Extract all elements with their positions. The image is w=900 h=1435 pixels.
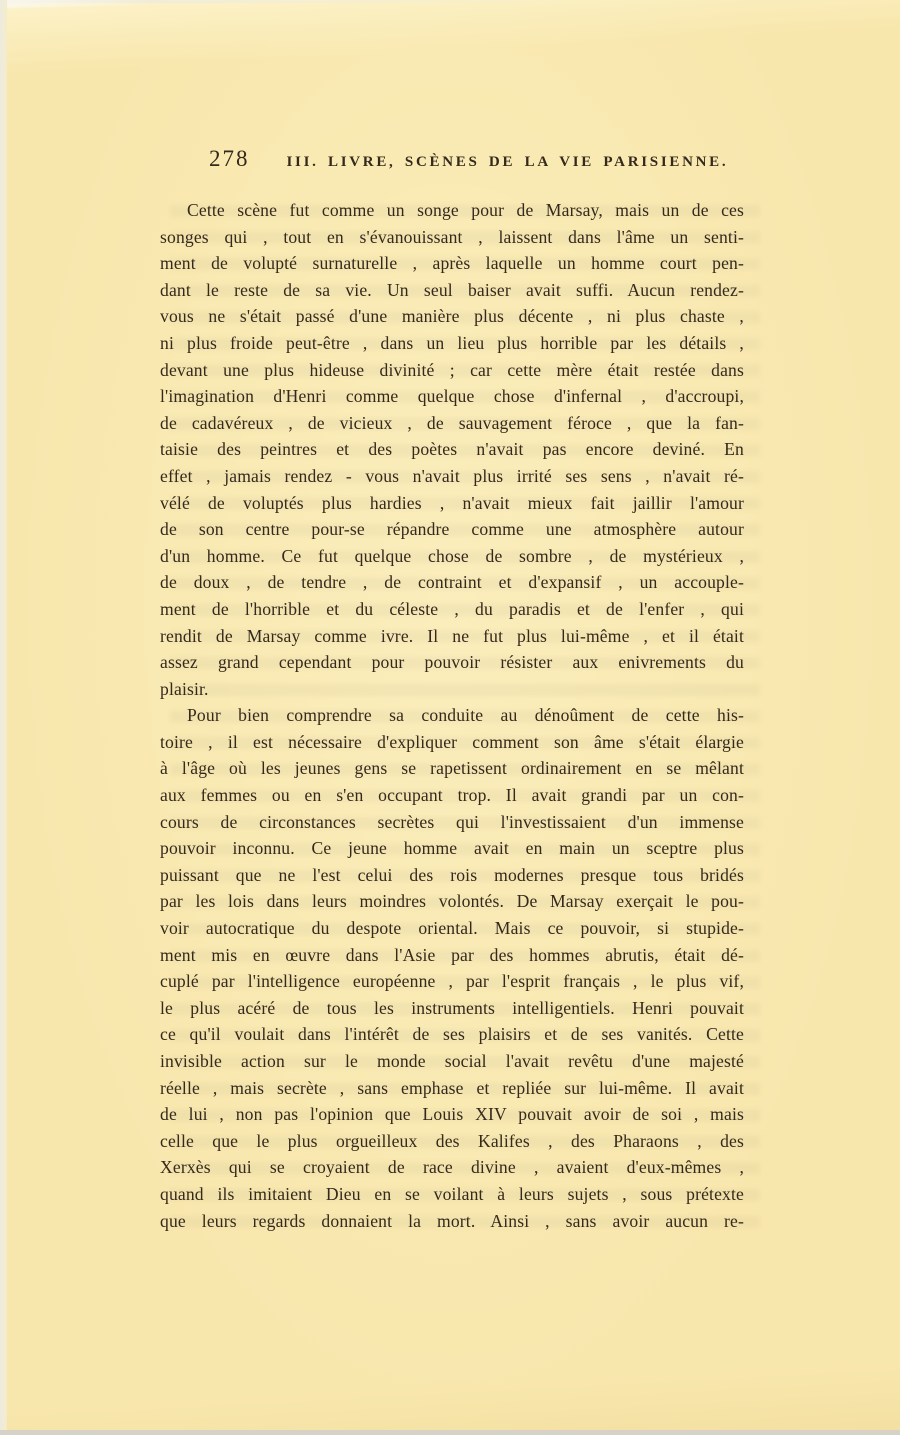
text-line: cours de circonstances secrètes qui l'in… — [160, 809, 744, 836]
text-line: assez grand cependant pour pouvoir résis… — [160, 649, 744, 676]
text-line: puissant que ne l'est celui des rois mod… — [160, 862, 744, 889]
text-line: rendit de Marsay comme ivre. Il ne fut p… — [160, 623, 744, 650]
text-line: de cadavéreux , de vicieux , de sauvagem… — [160, 410, 744, 437]
text-line: Cette scène fut comme un songe pour de M… — [160, 197, 744, 224]
running-title: III. LIVRE, SCÈNES DE LA VIE PARISIENNE. — [287, 154, 729, 171]
text-line: de doux , de tendre , de contraint et d'… — [160, 569, 744, 596]
text-line: le plus acéré de tous les instruments in… — [160, 995, 744, 1022]
paragraph: Cette scène fut comme un songe pour de M… — [160, 197, 744, 702]
text-line: vélé de voluptés plus hardies , n'avait … — [160, 490, 744, 517]
text-line: par les lois dans leurs moindres volonté… — [160, 888, 744, 915]
text-line: d'un homme. Ce fut quelque chose de somb… — [160, 543, 744, 570]
text-line: Xerxès qui se croyaient de race divine ,… — [160, 1154, 744, 1181]
text-line: devant une plus hideuse divinité ; car c… — [160, 357, 744, 384]
text-line: que leurs regards donnaient la mort. Ain… — [160, 1208, 744, 1235]
text-line: pouvoir inconnu. Ce jeune homme avait en… — [160, 835, 744, 862]
text-line: ce qu'il voulait dans l'intérêt de ses p… — [160, 1021, 744, 1048]
text-line: songes qui , tout en s'évanouissant , la… — [160, 224, 744, 251]
text-line: cuplé par l'intelligence européenne , pa… — [160, 968, 744, 995]
text-line: ment mis en œuvre dans l'Asie par des ho… — [160, 942, 744, 969]
text-line: aux femmes ou en s'en occupant trop. Il … — [160, 782, 744, 809]
text-line: l'imagination d'Henri comme quelque chos… — [160, 383, 744, 410]
text-line: taisie des peintres et des poètes n'avai… — [160, 436, 744, 463]
scan-left-edge — [0, 0, 7, 1435]
text-line: toire , il est nécessaire d'expliquer co… — [160, 729, 744, 756]
text-line: Pour bien comprendre sa conduite au déno… — [160, 702, 744, 729]
text-line: effet , jamais rendez - vous n'avait plu… — [160, 463, 744, 490]
text-line: ment de l'horrible et du céleste , du pa… — [160, 596, 744, 623]
page-number: 278 — [209, 146, 250, 172]
scan-corner-sliver — [0, 0, 150, 8]
text-line: dant le reste de sa vie. Un seul baiser … — [160, 277, 744, 304]
text-line: quand ils imitaient Dieu en se voilant à… — [160, 1181, 744, 1208]
text-line: invisible action sur le monde social l'a… — [160, 1048, 744, 1075]
text-line: plaisir. — [160, 676, 744, 703]
text-line: celle que le plus orgueilleux des Kalife… — [160, 1128, 744, 1155]
page-body: Cette scène fut comme un songe pour de M… — [160, 197, 744, 1234]
text-line: de lui , non pas l'opinion que Louis XIV… — [160, 1101, 744, 1128]
text-line: réelle , mais secrète , sans emphase et … — [160, 1075, 744, 1102]
text-line: vous ne s'était passé d'une manière plus… — [160, 303, 744, 330]
text-line: de son centre pour-se répandre comme une… — [160, 516, 744, 543]
text-line: à l'âge où les jeunes gens se rapetissen… — [160, 755, 744, 782]
text-line: ment de volupté surnaturelle , après laq… — [160, 250, 744, 277]
text-line: ni plus froide peut-être , dans un lieu … — [160, 330, 744, 357]
text-line: voir autocratique du despote oriental. M… — [160, 915, 744, 942]
paragraph: Pour bien comprendre sa conduite au déno… — [160, 702, 744, 1234]
scan-bottom-edge — [0, 1430, 900, 1435]
page-header: 278 III. LIVRE, SCÈNES DE LA VIE PARISIE… — [209, 146, 744, 172]
book-page-scan: 278 III. LIVRE, SCÈNES DE LA VIE PARISIE… — [0, 0, 900, 1435]
